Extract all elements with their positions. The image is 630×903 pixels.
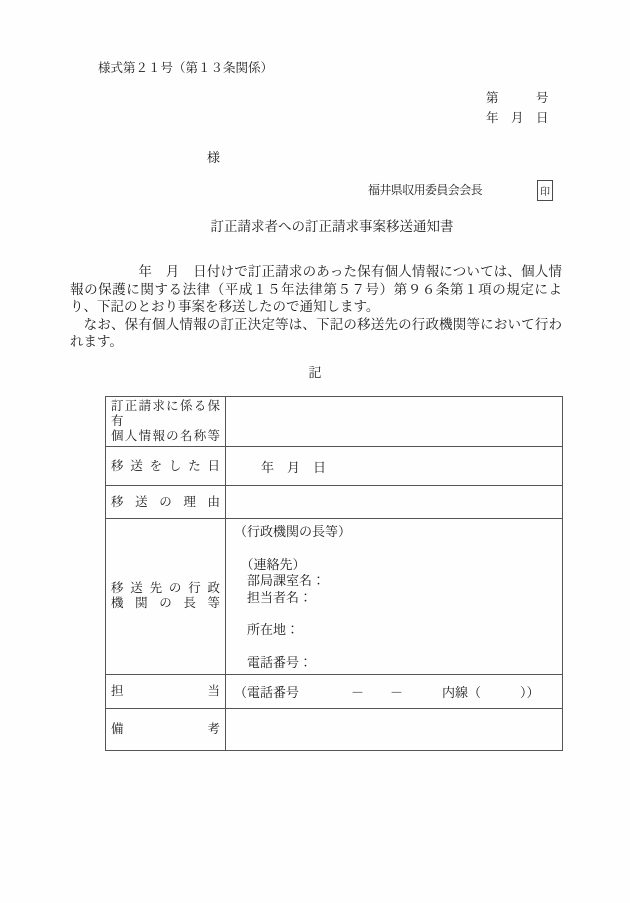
body-paragraph-2: なお、保有個人情報の訂正決定等は、下記の移送先の行政機関等において行われます。 bbox=[70, 316, 562, 351]
value-remarks bbox=[226, 708, 563, 750]
seal-mark: 印 bbox=[540, 183, 550, 198]
body-paragraph-1: 年 月 日付けで訂正請求のあった保有個人情報については、個人情報の保護に関する法… bbox=[70, 263, 562, 316]
value-contact-phone: （電話番号 － － 内線（ ）） bbox=[226, 674, 563, 708]
addressee-honorific: 様 bbox=[207, 147, 220, 166]
label-transfer-date: 移送をした日 bbox=[106, 447, 226, 486]
document-number-line: 第 号 bbox=[486, 88, 549, 108]
label-remarks: 備考 bbox=[106, 708, 226, 750]
table-row: 訂正請求に係る保有 個人情報の名称等 bbox=[106, 397, 563, 447]
record-heading: 記 bbox=[0, 362, 630, 381]
form-number: 様式第２１号（第１３条関係） bbox=[98, 58, 273, 76]
label-transfer-reason: 移送の理由 bbox=[106, 486, 226, 519]
table-row: 担当 （電話番号 － － 内線（ ）） bbox=[106, 674, 563, 708]
label-held-personal-info-name: 訂正請求に係る保有 個人情報の名称等 bbox=[106, 397, 226, 447]
table-row: 備考 bbox=[106, 708, 563, 750]
document-title: 訂正請求者への訂正請求事案移送通知書 bbox=[0, 215, 630, 235]
document-meta: 第 号 年 月 日 bbox=[486, 88, 549, 128]
document-page: 様式第２１号（第１３条関係） 第 号 年 月 日 様 福井県収用委員会会長 印 … bbox=[0, 0, 630, 903]
label-contact-person: 担当 bbox=[106, 674, 226, 708]
document-date-line: 年 月 日 bbox=[486, 108, 549, 128]
label-transferee-agency-head: 移送先の行政 機関の長等 bbox=[106, 519, 226, 675]
table-row: 移送先の行政 機関の長等 （行政機関の長等） （連絡先） 部局課室名： 担当者名… bbox=[106, 519, 563, 675]
seal-box: 印 bbox=[537, 180, 553, 201]
form-table: 訂正請求に係る保有 個人情報の名称等 移送をした日 年 月 日 移送の理由 移送… bbox=[105, 396, 563, 751]
table-row: 移送をした日 年 月 日 bbox=[106, 447, 563, 486]
value-transfer-reason bbox=[226, 486, 563, 519]
value-transferee-agency-head: （行政機関の長等） （連絡先） 部局課室名： 担当者名： 所在地： 電話番号： bbox=[226, 519, 563, 675]
value-transfer-date: 年 月 日 bbox=[226, 447, 563, 486]
issuer-name: 福井県収用委員会会長 bbox=[368, 181, 482, 198]
table-row: 移送の理由 bbox=[106, 486, 563, 519]
value-held-personal-info-name bbox=[226, 397, 563, 447]
body-text: 年 月 日付けで訂正請求のあった保有個人情報については、個人情報の保護に関する法… bbox=[70, 263, 562, 351]
